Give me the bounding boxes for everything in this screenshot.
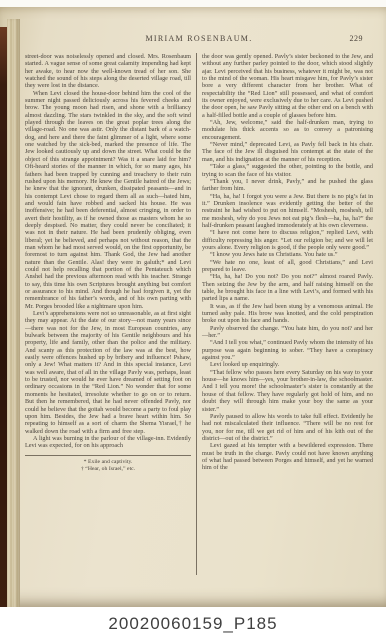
paragraph: When Levi closed the house-door behind h… <box>25 90 191 310</box>
paragraph: “We hate no one, least of all, good Chri… <box>202 259 373 274</box>
paragraph: “That fellow who passes here every Satur… <box>202 369 373 413</box>
paragraph: Levi looked up enquiringly. <box>202 361 373 368</box>
paragraph: “Ha, ha, ha! I forgot you were a Jew. Bu… <box>202 193 373 230</box>
page-header: MIRIAM ROSENBAUM. 229 <box>25 34 373 50</box>
page-edges <box>7 19 20 613</box>
left-paragraphs: street-door was noiselessly opened and c… <box>25 53 191 450</box>
page-number: 229 <box>350 34 364 43</box>
paragraph: “Never mind,” deprecated Levi, as Pavly … <box>202 141 373 163</box>
left-column: street-door was noiselessly opened and c… <box>25 53 191 575</box>
paragraph: “And I tell you what,” continued Pavly w… <box>202 339 373 361</box>
paragraph: “I have not come here to discuss religio… <box>202 229 373 251</box>
right-column: the door was gently opened. Pavly’s sist… <box>202 53 373 575</box>
paragraph: Pavly paused to allow his words to take … <box>202 413 373 442</box>
paragraph: “I know you Jews hate us Christians. You… <box>202 251 373 258</box>
text-columns: street-door was noiselessly opened and c… <box>25 53 373 575</box>
paragraph: Levi’s apprehensions were not so unreaso… <box>25 310 191 435</box>
paragraph: “Take a glass,” suggested the other, poi… <box>202 163 373 178</box>
paragraph: “Ha, ha, ha! Do you not? Do you not?” al… <box>202 273 373 302</box>
page-content: MIRIAM ROSENBAUM. 229 street-door was no… <box>25 34 373 575</box>
paragraph: “Ah, Jew, welcome,” said the half-drunke… <box>202 119 373 141</box>
scan-label: 20020060159_P185 <box>108 614 277 634</box>
running-title: MIRIAM ROSENBAUM. <box>25 34 373 43</box>
paragraph: A light was burning in the parlour of th… <box>25 435 191 450</box>
paragraph: “Thank you, I never drink, Pavly,” and h… <box>202 178 373 193</box>
paragraph: street-door was noiselessly opened and c… <box>25 53 191 90</box>
paragraph: It was, as if the Jew had been stung by … <box>202 303 373 325</box>
footnotes: * Exile and captivity. † “Hear, oh Israe… <box>25 455 191 473</box>
book-spine-edge <box>0 27 7 607</box>
footnote: † “Hear, oh Israel,” etc. <box>25 466 191 473</box>
paragraph: Pavly observed the change. “You hate him… <box>202 325 373 340</box>
paragraph: Levi gazed at his tempter with a bewilde… <box>202 442 373 471</box>
column-divider <box>196 53 197 575</box>
paragraph: the door was gently opened. Pavly’s sist… <box>202 53 373 119</box>
scanned-book-page: MIRIAM ROSENBAUM. 229 street-door was no… <box>0 7 386 607</box>
scan-label-strip: 20020060159_P185 <box>0 607 386 640</box>
footnote: * Exile and captivity. <box>25 459 191 466</box>
